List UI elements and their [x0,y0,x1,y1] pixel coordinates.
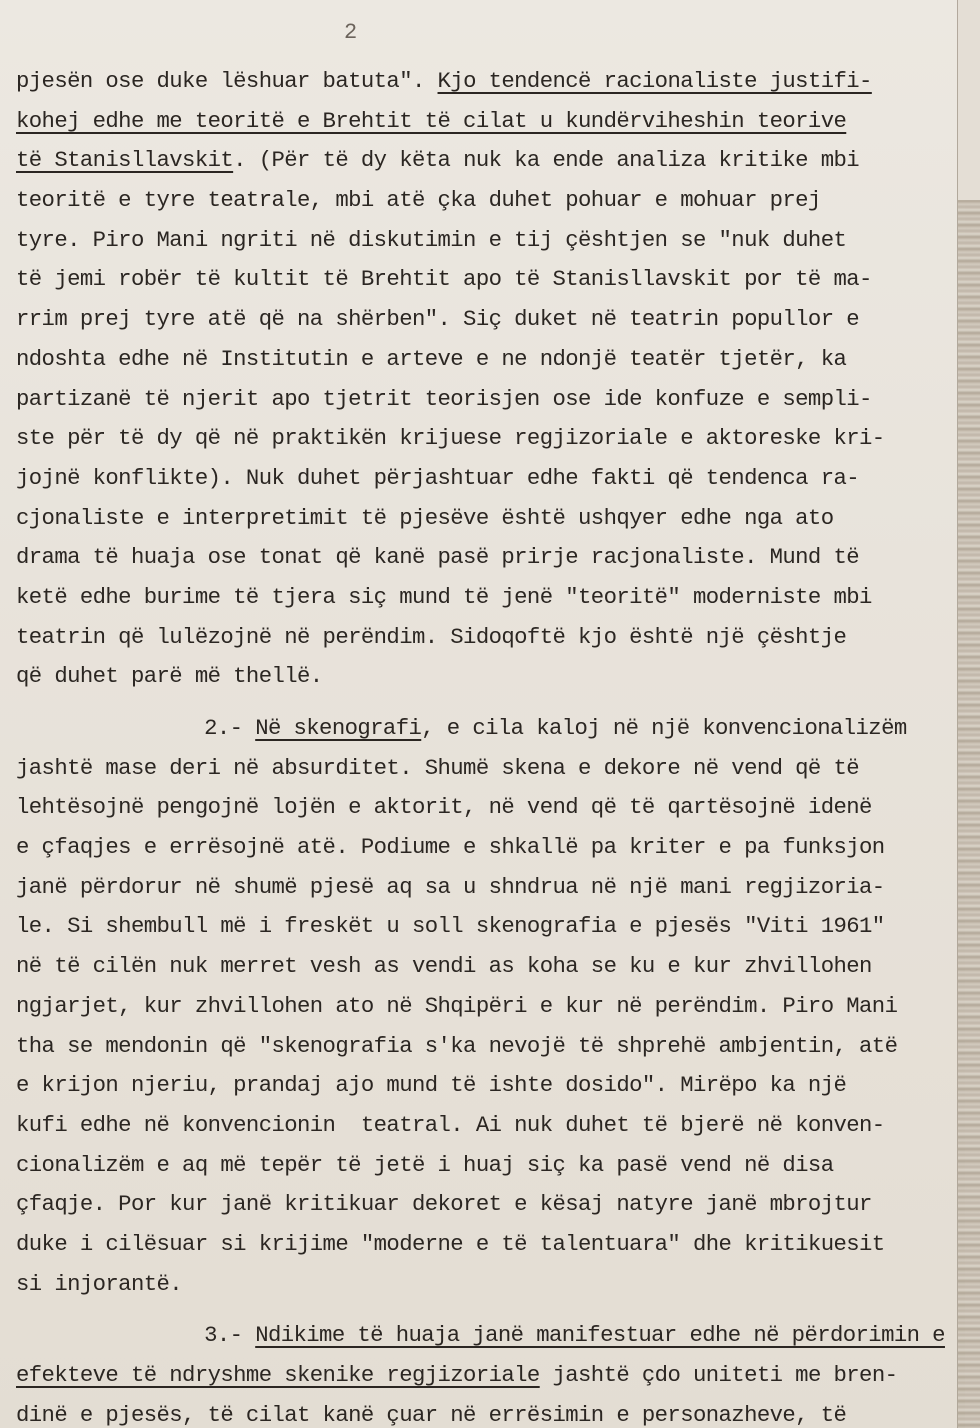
line-text: le. Si shembull më i freskët u soll sken… [16,913,885,939]
text-line: tyre. Piro Mani ngriti në diskutimin e t… [16,221,961,261]
line-text: rrim prej tyre atë që na shërben". Siç d… [16,306,859,332]
text-line: dinë e pjesës, të cilat kanë çuar në err… [16,1396,961,1428]
text-line: janë përdorur në shumë pjesë aq sa u shn… [16,868,961,908]
text-line: ndoshta edhe në Institutin e arteve e ne… [16,340,961,380]
line-text: lehtësojnë pengojnë lojën e aktorit, në … [16,794,872,820]
text-line: e krijon njeriu, prandaj ajo mund të ish… [16,1066,961,1106]
line-text: që duhet parë më thellë. [16,663,323,689]
line-text: 2.- [204,715,255,741]
text-line: jojnë konflikte). Nuk duhet përjashtuar … [16,459,961,499]
line-text: ngjarjet, kur zhvillohen ato në Shqipëri… [16,993,897,1019]
line-text: partizanë të njerit apo tjetrit teorisje… [16,386,872,412]
underlined-text: Kjo tendencë racionaliste justifi- [438,68,872,94]
line-text: jojnë konflikte). Nuk duhet përjashtuar … [16,465,859,491]
text-line: teatrin që lulëzojnë në perëndim. Sidoqo… [16,618,961,658]
line-text: të jemi robër të kultit të Brehtit apo t… [16,266,872,292]
text-line: në të cilën nuk merret vesh as vendi as … [16,947,961,987]
text-line: të Stanisllavskit. (Për të dy këta nuk k… [16,141,961,181]
text-line: ste për të dy që në praktikën krijuese r… [16,419,961,459]
line-text: dinë e pjesës, të cilat kanë çuar në err… [16,1402,846,1428]
line-text: pjesën ose duke lëshuar batuta". [16,68,438,94]
line-text: teoritë e tyre teatrale, mbi atë çka duh… [16,187,821,213]
text-line: cjonaliste e interpretimit të pjesëve ës… [16,499,961,539]
line-text: . (Për të dy këta nuk ka ende analiza kr… [233,147,859,173]
line-text: kufi edhe në konvencionin teatral. Ai nu… [16,1112,885,1138]
text-line: lehtësojnë pengojnë lojën e aktorit, në … [16,788,961,828]
page-number: 2 [344,20,357,45]
line-text: , e cila kaloj në një konvencionalizëm [421,715,906,741]
line-text: cjonaliste e interpretimit të pjesëve ës… [16,505,833,531]
line-text: jashtë çdo uniteti me bren- [540,1362,898,1388]
text-line: rrim prej tyre atë që na shërben". Siç d… [16,300,961,340]
line-text: teatrin që lulëzojnë në perëndim. Sidoqo… [16,624,846,650]
underlined-text: të Stanisllavskit [16,147,233,173]
line-text: ketë edhe burime të tjera siç mund të je… [16,584,872,610]
text-line: 3.- Ndikime të huaja janë manifestuar ed… [16,1316,961,1356]
paragraph-gap [16,1304,971,1316]
line-text: jashtë mase deri në absurditet. Shumë sk… [16,755,859,781]
line-text: ste për të dy që në praktikën krijuese r… [16,425,885,451]
paper-page: 2 pjesën ose duke lëshuar batuta". Kjo t… [0,0,965,1428]
text-line: le. Si shembull më i freskët u soll sken… [16,907,961,947]
text-line: kufi edhe në konvencionin teatral. Ai nu… [16,1106,961,1146]
line-text: tyre. Piro Mani ngriti në diskutimin e t… [16,227,846,253]
text-line: tha se mendonin që "skenografia s'ka nev… [16,1027,961,1067]
text-line: ngjarjet, kur zhvillohen ato në Shqipëri… [16,987,961,1027]
text-line: 2.- Në skenografi, e cila kaloj në një k… [16,709,961,749]
text-line: duke i cilësuar si krijime "moderne e të… [16,1225,961,1265]
underlined-text: Në skenografi [255,715,421,741]
text-line: që duhet parë më thellë. [16,657,961,697]
page-edge-shadow [957,0,980,1428]
text-line: teoritë e tyre teatrale, mbi atë çka duh… [16,181,961,221]
text-line: pjesën ose duke lëshuar batuta". Kjo ten… [16,62,961,102]
page-edge-top [958,0,980,200]
line-text: duke i cilësuar si krijime "moderne e të… [16,1231,885,1257]
text-line: drama të huaja ose tonat që kanë pasë pr… [16,538,961,578]
text-line: partizanë të njerit apo tjetrit teorisje… [16,380,961,420]
text-line: si injorantë. [16,1265,961,1305]
line-text: ndoshta edhe në Institutin e arteve e ne… [16,346,846,372]
text-line: të jemi robër të kultit të Brehtit apo t… [16,260,961,300]
text-line: cionalizëm e aq më tepër të jetë i huaj … [16,1146,961,1186]
line-text: çfaqje. Por kur janë kritikuar dekoret e… [16,1191,872,1217]
text-line: jashtë mase deri në absurditet. Shumë sk… [16,749,961,789]
text-line: e çfaqjes e errësojnë atë. Podiume e shk… [16,828,961,868]
line-text: e çfaqjes e errësojnë atë. Podiume e shk… [16,834,885,860]
line-text: janë përdorur në shumë pjesë aq sa u shn… [16,874,885,900]
underlined-text: Ndikime të huaja janë manifestuar edhe n… [255,1322,945,1348]
line-text: e krijon njeriu, prandaj ajo mund të ish… [16,1072,846,1098]
line-text: 3.- [204,1322,255,1348]
line-text: në të cilën nuk merret vesh as vendi as … [16,953,872,979]
text-line: efekteve të ndryshme skenike regjizorial… [16,1356,961,1396]
line-text: cionalizëm e aq më tepër të jetë i huaj … [16,1152,833,1178]
text-line: çfaqje. Por kur janë kritikuar dekoret e… [16,1185,961,1225]
underlined-text: kohej edhe me teoritë e Brehtit të cilat… [16,108,846,134]
text-line: ketë edhe burime të tjera siç mund të je… [16,578,961,618]
document-body: pjesën ose duke lëshuar batuta". Kjo ten… [16,62,971,1428]
line-text: tha se mendonin që "skenografia s'ka nev… [16,1033,897,1059]
underlined-text: efekteve të ndryshme skenike regjizorial… [16,1362,540,1388]
line-text: si injorantë. [16,1271,182,1297]
text-line: kohej edhe me teoritë e Brehtit të cilat… [16,102,961,142]
paragraph-gap [16,697,971,709]
line-text: drama të huaja ose tonat që kanë pasë pr… [16,544,859,570]
